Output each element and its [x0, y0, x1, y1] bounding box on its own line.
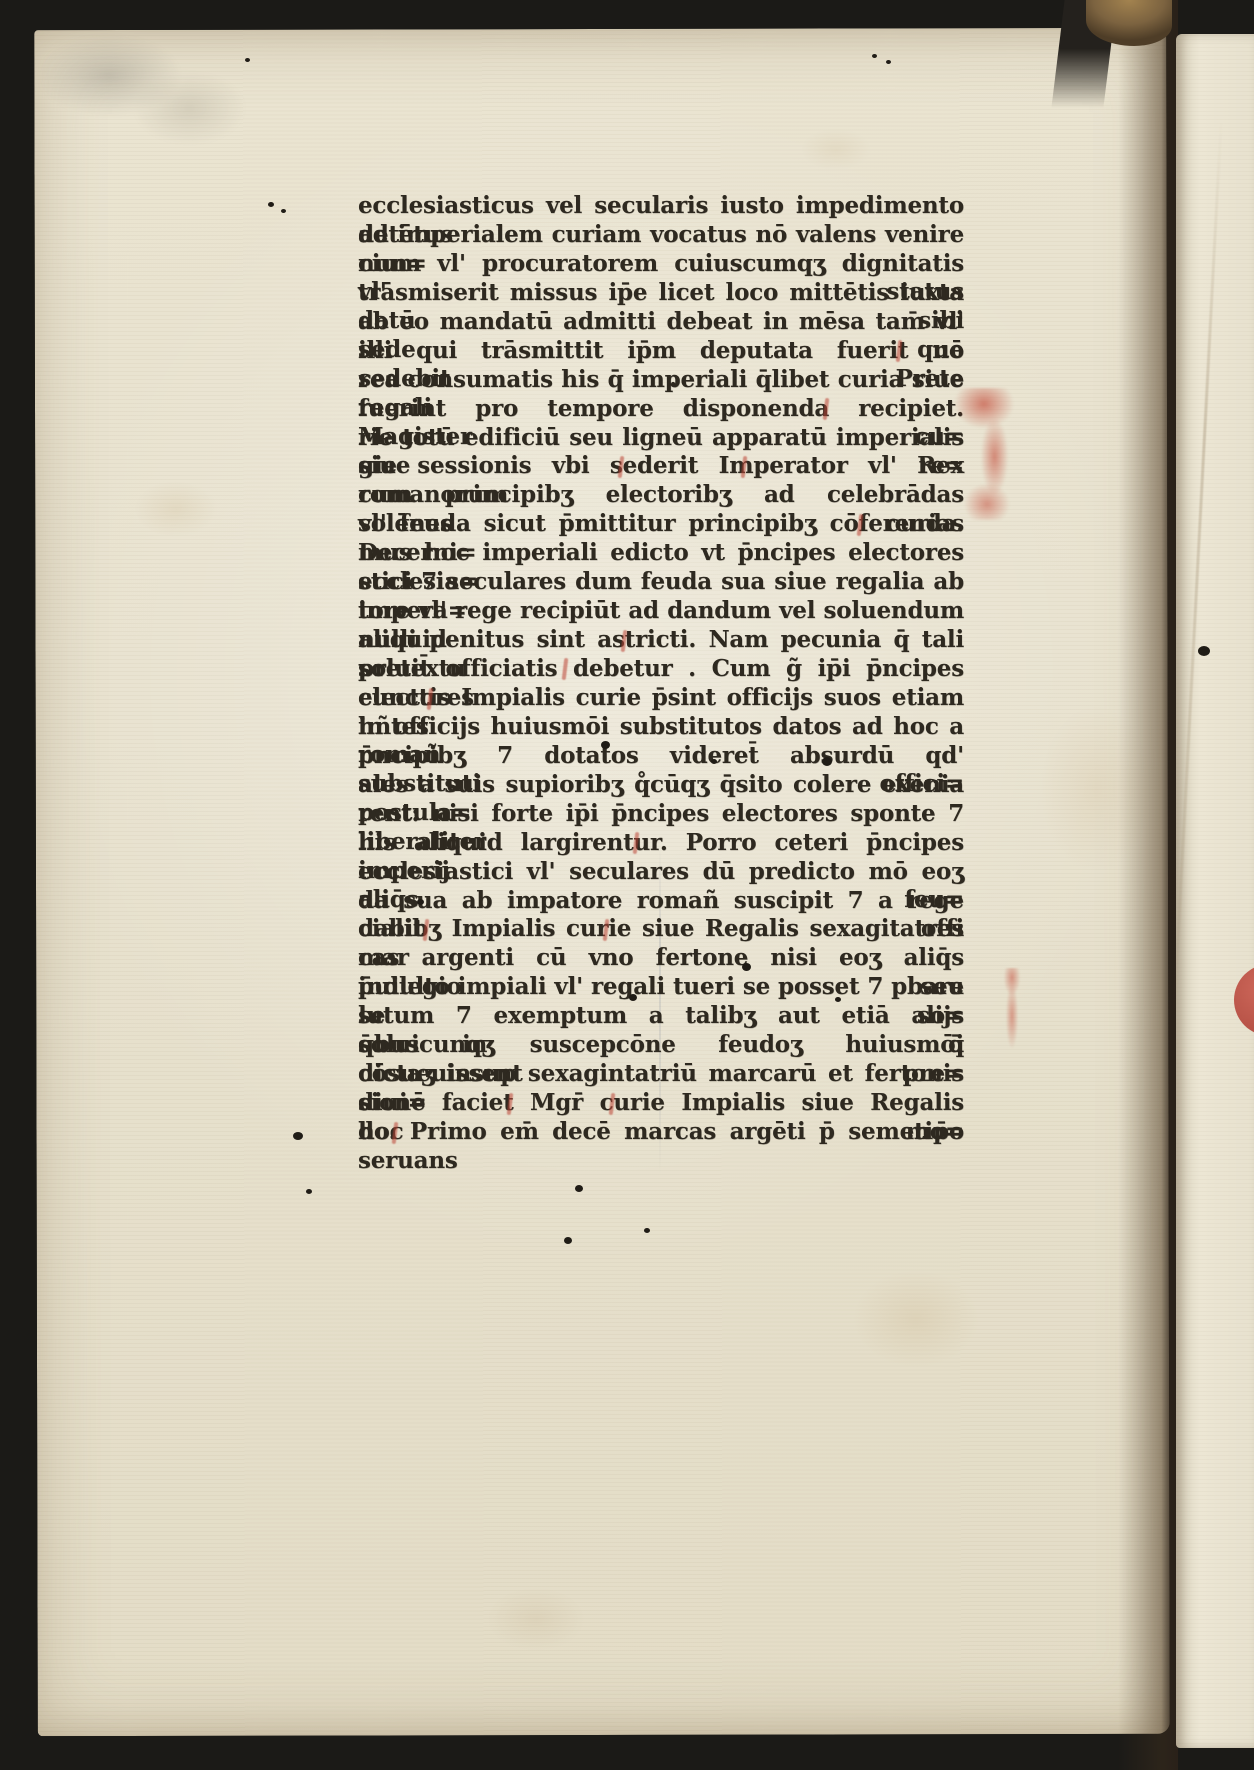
ink-dot — [644, 1228, 650, 1233]
text-line: cas argenti cū vno fertone nisi eoʒ aliq… — [358, 944, 964, 973]
text-line: sionē faciet Mgr̄ curie Impialis siue Re… — [358, 1089, 964, 1118]
book-scan: ecclesiasticus vel secularis iusto imped… — [0, 0, 1254, 1770]
text-line: cium vl' procuratorem cuiuscumqʒ dignita… — [358, 250, 964, 279]
text-line: trāsmiserit missus ip̄e licet loco mittē… — [358, 279, 964, 308]
ink-dot — [268, 202, 274, 207]
text-line: fuerint pro tempore disponenda recipiet.… — [358, 395, 964, 424]
text-line: indulto impiali vl' regali tueri se poss… — [358, 973, 964, 1002]
text-line: gie sessionis vbi sederit Imperator vl' … — [358, 452, 964, 481]
text-line: tore vl' rege recipiūt ad dandum vel sol… — [358, 597, 964, 626]
text-line: soluit̄ officiatis debetur . Cum g̃ ip̄i… — [358, 655, 964, 684]
ink-dot — [1198, 646, 1210, 656]
text-line: dictaʒ insup sexagintatriū marcarū et fe… — [358, 1060, 964, 1089]
ink-dot — [575, 1185, 583, 1192]
ink-dot — [601, 741, 610, 749]
text-line: ecclesiasticus vel secularis iusto imped… — [358, 192, 964, 221]
text-line: do. Primo em̄ decē marcas argēti p̄ seme… — [358, 1118, 964, 1147]
ink-dot — [872, 54, 877, 58]
ink-dot — [281, 209, 286, 213]
text-line: ab eo mandatū admitti debeat in mēsa tam… — [358, 308, 964, 337]
ink-dot — [245, 58, 250, 62]
text-line: cunctis Impialis curie p̄sint officijs s… — [358, 684, 964, 713]
text-line: mus hoc imperiali edicto vt p̄ncipes ele… — [358, 539, 964, 568]
text-line: illi qui trāsmittit ip̄m deputata fuerit… — [358, 337, 964, 366]
text-line: rie totū edificiū seu ligneū apparatū im… — [358, 424, 964, 453]
text-line: ad imperialem curiam vocatus nō valens v… — [358, 221, 964, 250]
text-line: cialibʒ Impialis curie siue Regalis sexa… — [358, 915, 964, 944]
ink-dot — [822, 757, 832, 766]
text-line: nulli penitus sint astricti. Nam pecunia… — [358, 626, 964, 655]
ink-dot — [629, 994, 637, 1001]
ink-dot — [742, 963, 751, 971]
ink-dot — [564, 1237, 572, 1244]
text-line: lutum 7 exemptum a talibʒ aut etiā alijs… — [358, 1002, 964, 1031]
rubric-margin-smudge — [998, 968, 1026, 1048]
rubric-margin-smudge — [952, 388, 1028, 520]
text-line: rea consumatis his q̄ imperiali q̄libet … — [358, 366, 964, 395]
text-line: ecclesiastici vl' seculares dū predicto … — [358, 858, 964, 887]
text-line: ales a suis supioribʒ q̊cūqʒ q̄sito cole… — [358, 771, 964, 800]
next-page-edge — [1176, 34, 1254, 1748]
text-line: da sua ab impatore romañ suscipit 7 a re… — [358, 887, 964, 916]
stain — [40, 30, 270, 160]
gutter-shadow — [1118, 0, 1178, 1770]
ink-dot — [417, 899, 424, 905]
text-block: ecclesiasticus vel secularis iusto imped… — [358, 192, 964, 1147]
ink-dot — [293, 1132, 303, 1140]
ink-dot — [835, 997, 841, 1002]
text-line: solui in suscepcōne feudoʒ huiusmōi cōsu… — [358, 1031, 964, 1060]
text-line: in officijs huiusmōi substitutos datos a… — [358, 713, 964, 742]
text-line: vl' feuda sicut p̄mittitur principibʒ cō… — [358, 510, 964, 539]
ink-dot — [886, 60, 891, 64]
text-line: p̄ncipibʒ 7 dotatos videret̄ absurdū qd'… — [358, 742, 964, 771]
ink-dot — [711, 759, 717, 764]
text-line: stici 7 seculares dum feuda sua siue reg… — [358, 568, 964, 597]
text-line: cum principibʒ electoribʒ ad celebrādas … — [358, 481, 964, 510]
text-line: his aliquid largirentur. Porro ceteri p̄… — [358, 829, 964, 858]
text-line: rent: nisi forte ip̄i p̄ncipes electores… — [358, 800, 964, 829]
ink-dot — [306, 1189, 312, 1194]
